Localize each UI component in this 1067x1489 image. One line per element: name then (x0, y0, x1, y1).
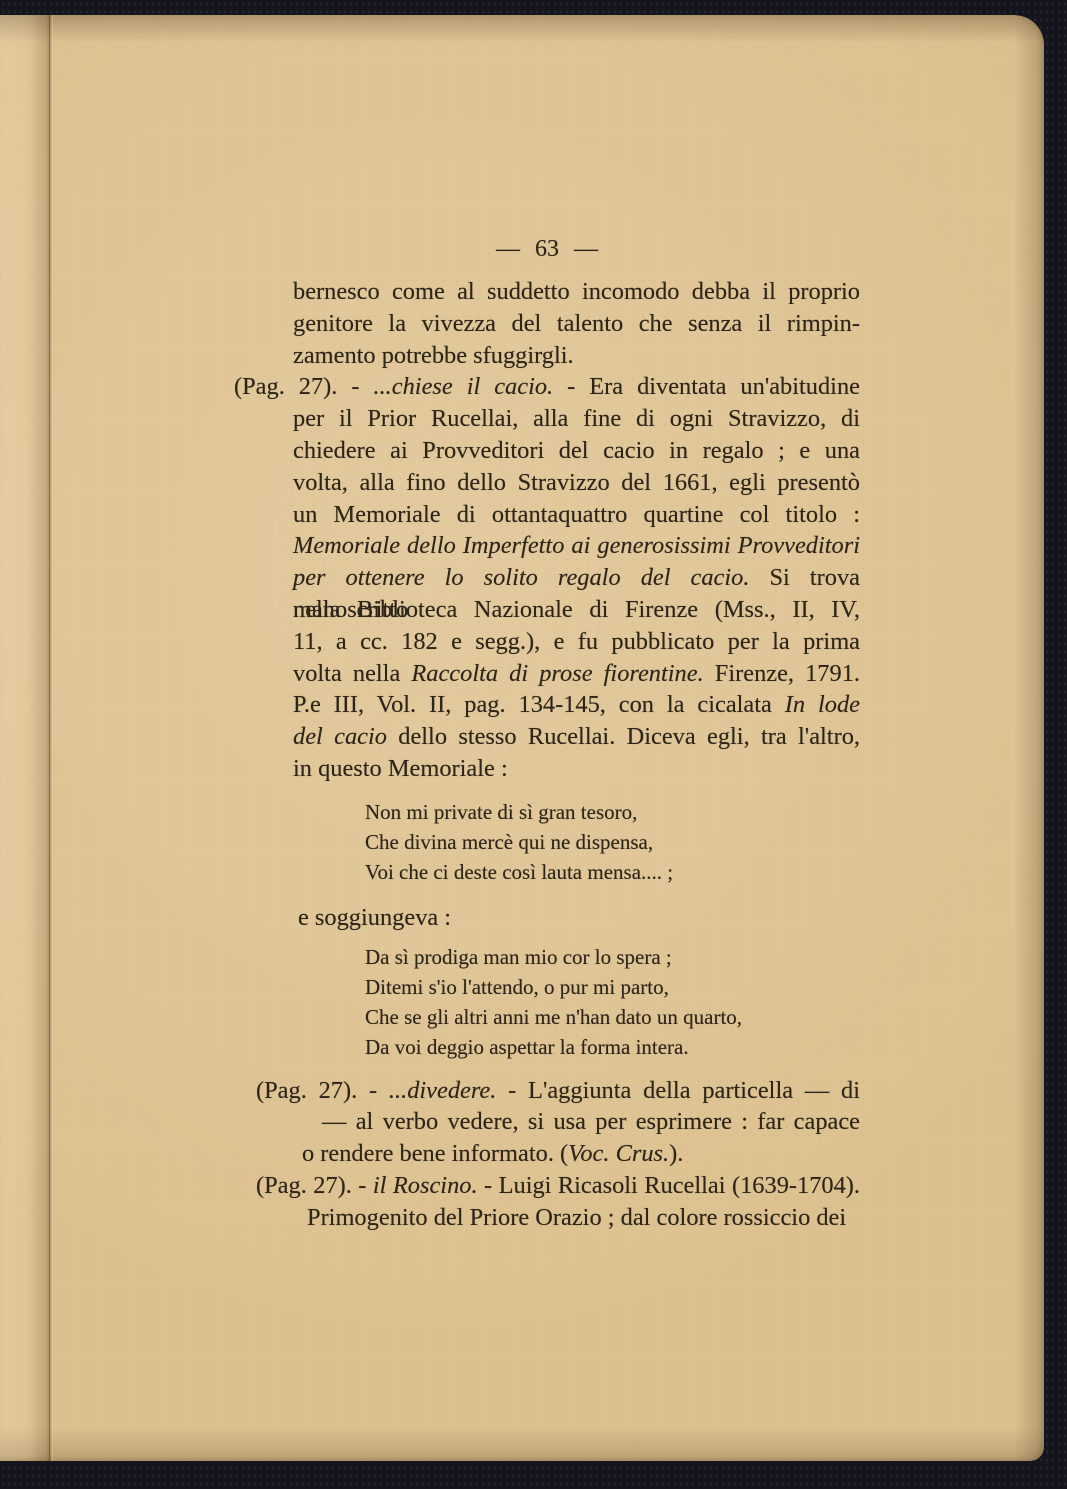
italic-text-segment: In lode (785, 691, 860, 718)
text-line: un Memoriale di ottantaquattro quartine … (293, 499, 860, 531)
text-segment: volta, alla fino dello Stravizzo del 166… (293, 469, 860, 496)
text-line: genitore la vivezza del talento che senz… (293, 308, 860, 340)
text-segment: volta nella (293, 660, 411, 687)
text-segment: Firenze, 1791. (704, 660, 860, 687)
text-line: o rendere bene informato. (Voc. Crus.). (302, 1138, 860, 1170)
text-segment: Voi che ci deste così lauta mensa.... ; (365, 860, 673, 884)
text-line: Voi che ci deste così lauta mensa.... ; (365, 857, 860, 887)
text-segment: — al verbo vedere, si usa per esprimere … (322, 1108, 860, 1135)
text-segment: Che se gli altri anni me n'han dato un q… (365, 1005, 742, 1029)
notes-divedere-roscino: (Pag. 27). - ...divedere. - L'aggiunta d… (234, 1075, 860, 1234)
verse-quote-2: Da sì prodiga man mio cor lo spera ;Dite… (234, 942, 860, 1062)
scan-background: { "colors": { "background": "#15151d", "… (0, 0, 1067, 1489)
verse-quote-1: Non mi private di sì gran tesoro,Che div… (234, 797, 860, 887)
text-line: chiedere ai Provveditori del cacio in re… (293, 435, 860, 467)
text-segment: P.e III, Vol. II, pag. 134-145, con la c… (293, 691, 785, 718)
text-line: per il Prior Rucellai, alla fine di ogni… (293, 403, 860, 435)
text-line: (Pag. 27). - ...chiese il cacio. - Era d… (234, 371, 860, 403)
text-line: Primogenito del Priore Orazio ; dal colo… (307, 1202, 863, 1234)
text-segment: (Pag. 27). - (256, 1172, 373, 1199)
text-line: per ottenere lo solito regalo del cacio.… (293, 562, 860, 594)
text-line: e soggiungeva : (298, 902, 860, 934)
text-line: Non mi private di sì gran tesoro, (365, 797, 860, 827)
text-line: P.e III, Vol. II, pag. 134-145, con la c… (293, 689, 860, 721)
text-line: — al verbo vedere, si usa per esprimere … (322, 1106, 860, 1138)
text-line: nella Biblioteca Nazionale di Firenze (M… (293, 594, 860, 626)
text-segment: - Luigi Ricasoli Rucellai (1639-1704). (478, 1172, 860, 1199)
text-line: in questo Memoriale : (293, 753, 860, 785)
italic-text-segment: il Roscino. (373, 1172, 478, 1199)
page-number: — 63 — (234, 235, 860, 263)
text-line: Da voi deggio aspettar la forma intera. (365, 1032, 860, 1062)
text-line: (Pag. 27). - il Roscino. - Luigi Ricasol… (256, 1170, 860, 1202)
text-line: zamento potrebbe sfuggirgli. (293, 340, 860, 372)
italic-text-segment: del cacio (293, 723, 387, 750)
text-segment: zamento potrebbe sfuggirgli. (293, 342, 574, 369)
interjection-e-soggiungeva: e soggiungeva : (234, 902, 860, 934)
text-segment: ). (669, 1140, 683, 1167)
text-segment: Primogenito del Priore Orazio ; dal colo… (307, 1204, 846, 1231)
text-segment: (Pag. 27). - (256, 1077, 389, 1104)
text-segment: Da voi deggio aspettar la forma intera. (365, 1035, 689, 1059)
text-segment: 11, a cc. 182 e segg.), e fu pubblicato … (293, 628, 860, 655)
text-line: del cacio dello stesso Rucellai. Diceva … (293, 721, 860, 753)
text-segment: dello stesso Rucellai. Diceva egli, tra … (387, 723, 860, 750)
text-line: Da sì prodiga man mio cor lo spera ; (365, 942, 860, 972)
italic-text-segment: Voc. Crus. (568, 1140, 669, 1167)
text-segment: Che divina mercè qui ne dispensa, (365, 830, 653, 854)
text-segment: genitore la vivezza del talento che senz… (293, 310, 860, 337)
text-segment: Ditemi s'io l'attendo, o pur mi parto, (365, 975, 669, 999)
text-line: volta nella Raccolta di prose fiorentine… (293, 658, 860, 690)
paragraph-continuation: bernesco come al suddetto incomodo debba… (234, 276, 860, 785)
text-line: Che se gli altri anni me n'han dato un q… (365, 1002, 860, 1032)
text-segment: e soggiungeva : (298, 904, 451, 931)
text-segment: in questo Memoriale : (293, 755, 508, 782)
italic-text-segment: Memoriale dello Imperfetto ai generosiss… (293, 532, 860, 559)
text-segment: bernesco come al suddetto incomodo debba… (293, 278, 860, 305)
text-segment: nella Biblioteca Nazionale di Firenze (M… (293, 596, 860, 623)
text-segment: - Era diventata un'abitudine (553, 373, 860, 400)
italic-text-segment: per ottenere lo solito regalo del cacio. (293, 564, 749, 591)
text-segment: - L'aggiunta della particella — di (496, 1077, 860, 1104)
italic-text-segment: ...divedere. (389, 1077, 496, 1104)
text-line: Memoriale dello Imperfetto ai generosiss… (293, 530, 860, 562)
text-segment: per il Prior Rucellai, alla fine di ogni… (293, 405, 860, 432)
text-segment: chiedere ai Provveditori del cacio in re… (293, 437, 860, 464)
text-line: (Pag. 27). - ...divedere. - L'aggiunta d… (256, 1075, 860, 1107)
text-segment: Da sì prodiga man mio cor lo spera ; (365, 945, 672, 969)
text-segment: o rendere bene informato. ( (302, 1140, 568, 1167)
text-block: — 63 — bernesco come al suddetto incomod… (234, 235, 860, 1234)
text-segment: (Pag. 27). - (234, 373, 373, 400)
italic-text-segment: ...chiese il cacio. (373, 373, 553, 400)
text-line: volta, alla fino dello Stravizzo del 166… (293, 467, 860, 499)
text-segment: Non mi private di sì gran tesoro, (365, 800, 637, 824)
text-line: Ditemi s'io l'attendo, o pur mi parto, (365, 972, 860, 1002)
text-line: Che divina mercè qui ne dispensa, (365, 827, 860, 857)
text-line: 11, a cc. 182 e segg.), e fu pubblicato … (293, 626, 860, 658)
text-line: bernesco come al suddetto incomodo debba… (293, 276, 860, 308)
page-gutter-crease (49, 15, 53, 1461)
facing-page-edge (0, 15, 50, 1461)
italic-text-segment: Raccolta di prose fiorentine. (411, 660, 703, 687)
text-segment: un Memoriale di ottantaquattro quartine … (293, 501, 860, 528)
